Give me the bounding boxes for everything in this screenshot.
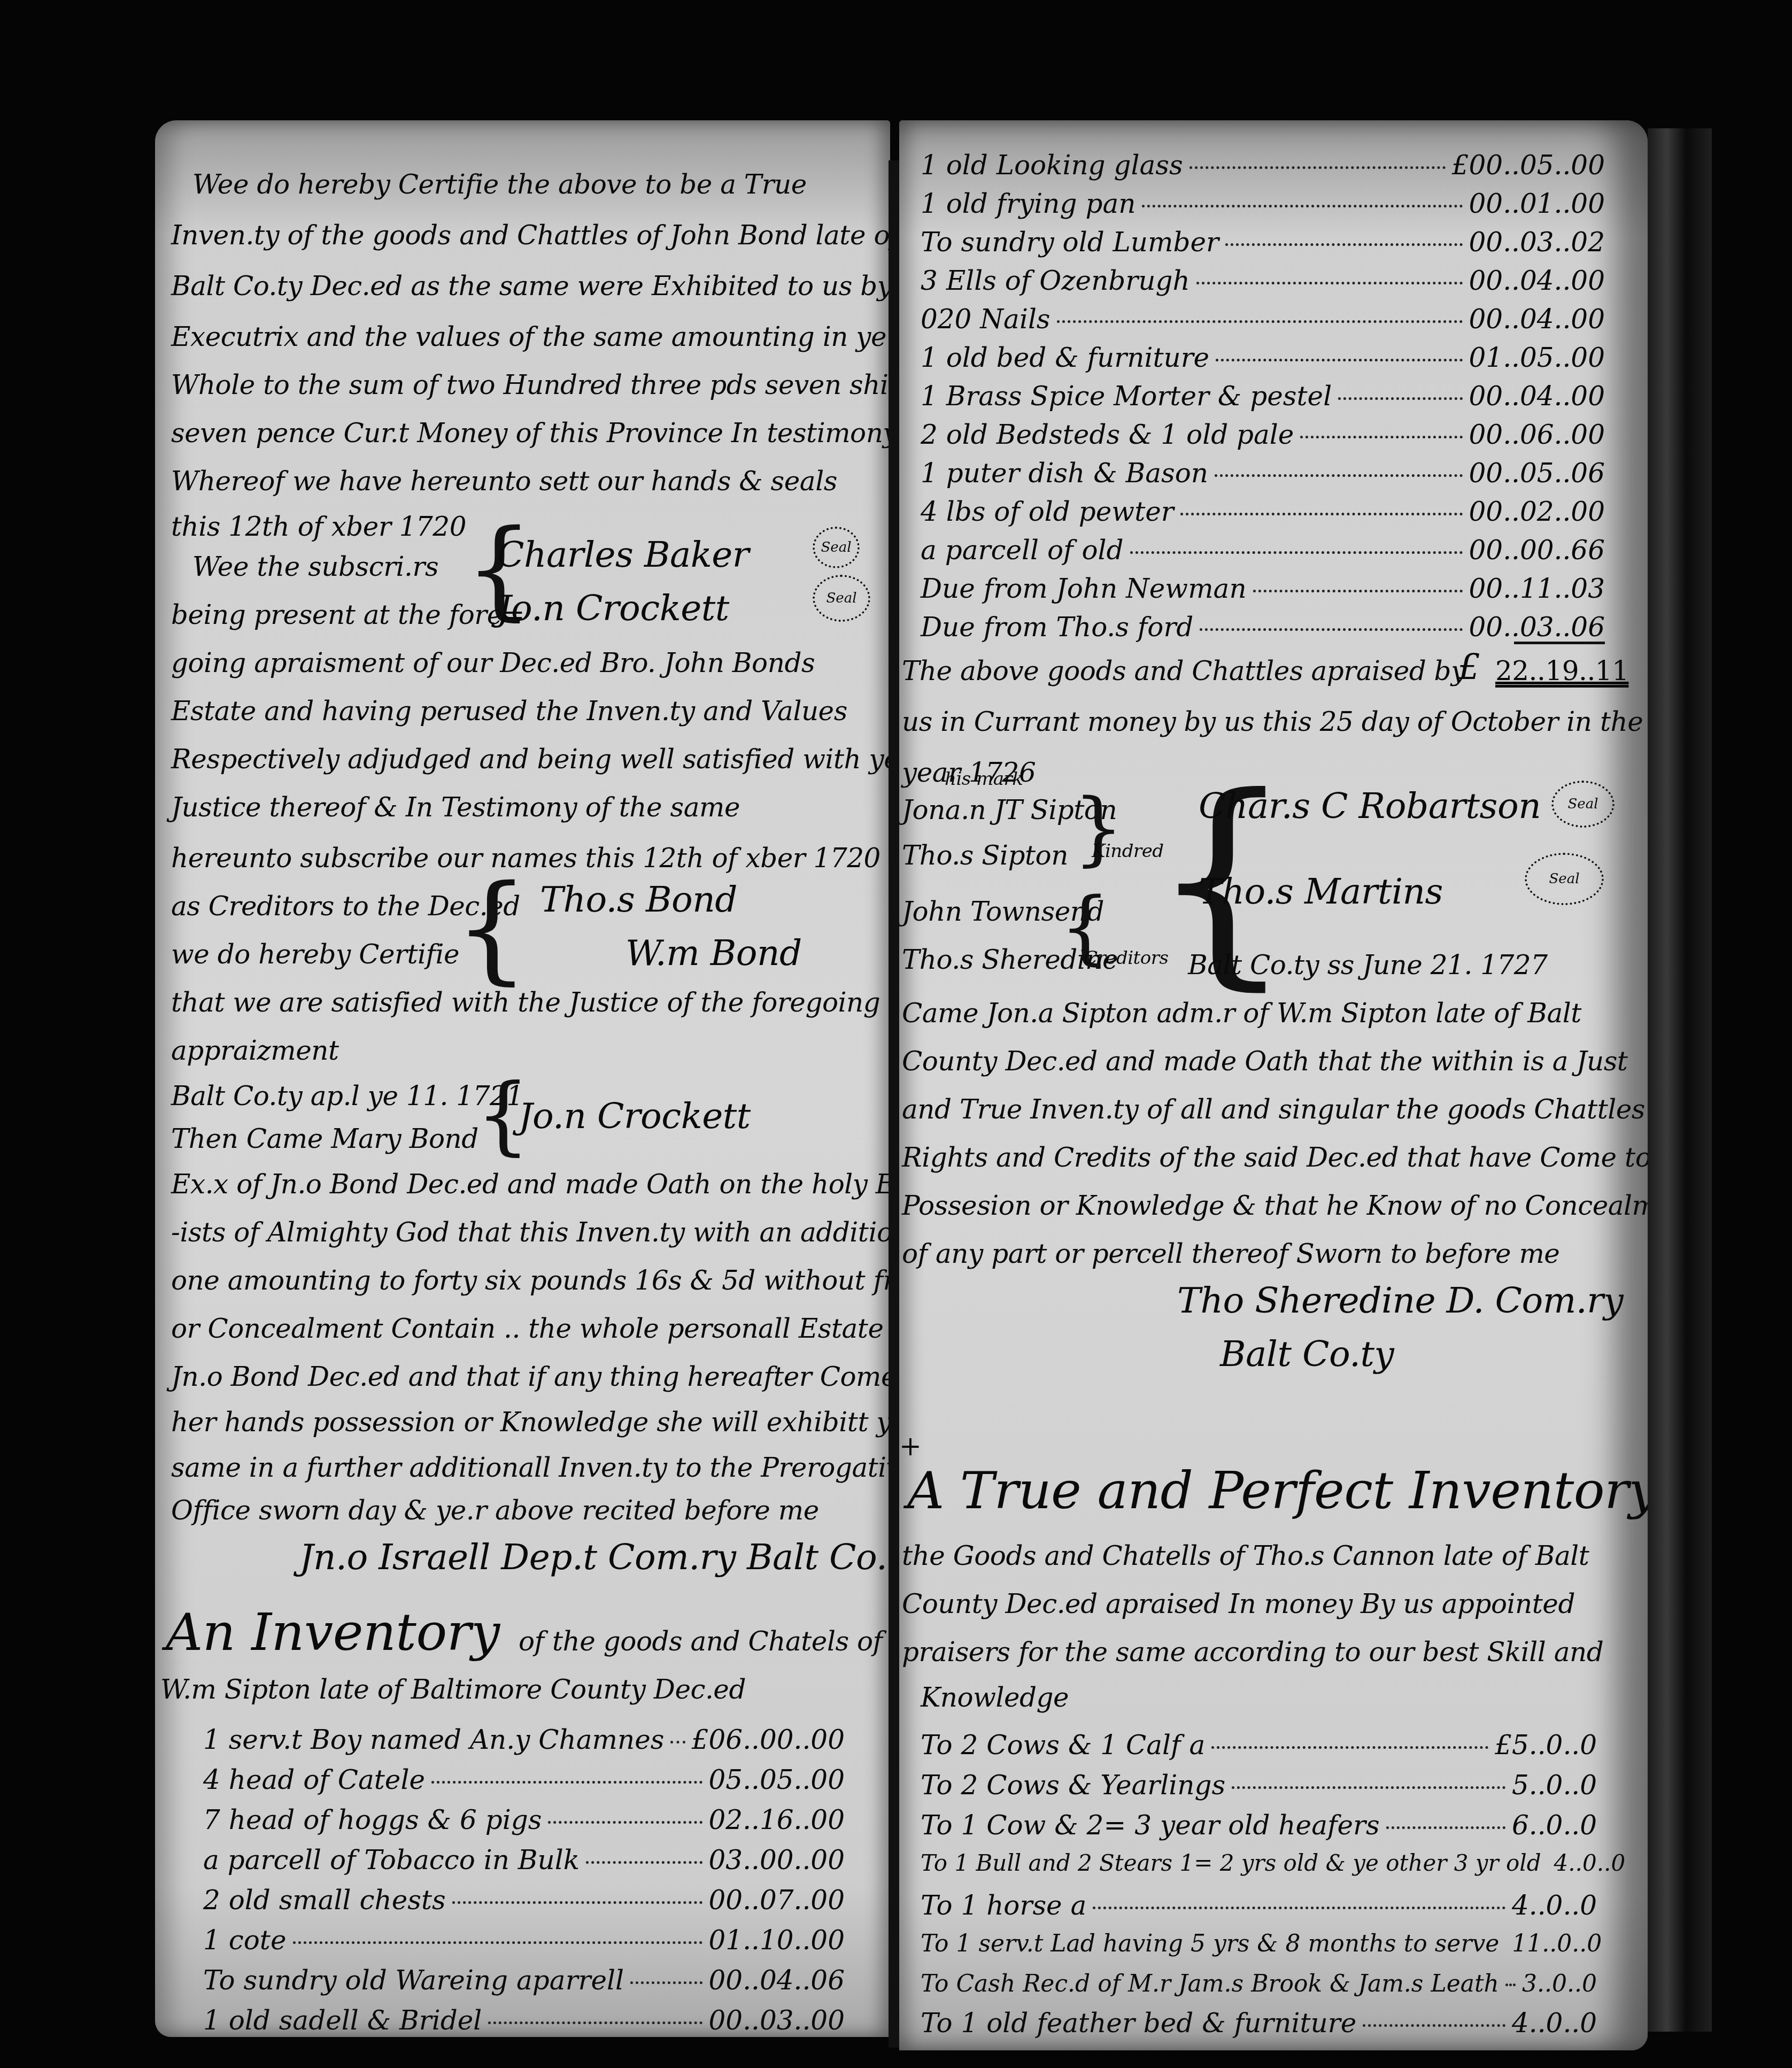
- list-item: To Cash Rec.d of M.r Jam.s Brook & Jam.s…: [921, 1970, 1597, 1997]
- inventory-title: A True and Perfect Inventory of: [907, 1465, 1648, 1516]
- list-item: To 1 Bull and 2 Stears 1= 2 yrs old & ye…: [921, 1850, 1597, 1876]
- creditors-line: Justice thereof & In Testimony of the sa…: [171, 794, 740, 821]
- oath-line: and True Inven.ty of all and singular th…: [902, 1096, 1645, 1123]
- list-item: To sundry old Wareing aparrell00..04..06: [203, 1965, 845, 1996]
- list-item: To 1 old feather bed & furniture4..0..0: [921, 2008, 1597, 2039]
- list-item: 1 puter dish & Bason00..05..06: [921, 458, 1605, 489]
- list-item: 3 Ells of Ozenbrugh00..04..00: [921, 265, 1605, 296]
- creditor-signature: Tho.s Bond: [540, 882, 737, 917]
- certificate-line: seven pence Cur.t Money of this Province…: [171, 420, 890, 446]
- list-item: 7 head of hoggs & 6 pigs02..16..00: [203, 1804, 845, 1835]
- book-gutter: [889, 160, 899, 2048]
- margin-mark: +: [899, 1433, 921, 1460]
- right-page: 1 old Looking glass£00..05..00 1 old fry…: [899, 120, 1648, 2050]
- creditors-line: appraizment: [171, 1037, 339, 1064]
- appraiser-signature: Charles Baker: [497, 537, 749, 573]
- list-item: 1 old bed & furniture01..05..00: [921, 342, 1605, 373]
- list-item: To 2 Cows & 1 Calf a£5..0..0: [921, 1730, 1597, 1761]
- appraiser-signature: Tho.s Martins: [1199, 874, 1443, 909]
- oath-line: Jn.o Bond Dec.ed and that if any thing h…: [171, 1363, 890, 1390]
- list-item: 4 head of Catele05..05..00: [203, 1764, 845, 1795]
- creditors-line: Wee the subscri.rs: [192, 553, 438, 580]
- list-item: To 1 Cow & 2= 3 year old heafers6..0..0: [921, 1810, 1597, 1841]
- oath-line: County Dec.ed and made Oath that the wit…: [902, 1048, 1627, 1075]
- oath-line: Possesion or Knowledge & that he Know of…: [902, 1192, 1648, 1219]
- inventory-items-list: 1 old Looking glass£00..05..00 1 old fry…: [921, 150, 1605, 658]
- list-item: 1 serv.t Boy named An.y Chamnes£06..00..…: [203, 1724, 845, 1755]
- seal-icon: Seal: [1551, 781, 1615, 828]
- list-item: 1 cote01..10..00: [203, 1925, 845, 1956]
- list-item: 1 old sadell & Bridel00..03..00: [203, 2005, 845, 2036]
- inventory-intro-line: praisers for the same according to our b…: [902, 1639, 1603, 1665]
- deputy-commissary-signature: Tho Sheredine D. Com.ry: [1177, 1283, 1623, 1318]
- list-item: a parcell of old00..00..66: [921, 535, 1605, 566]
- kindred-signature: Tho.s Sipton: [902, 842, 1068, 869]
- inventory-subtitle: W.m Sipton late of Baltimore County Dec.…: [160, 1676, 746, 1703]
- list-item: 4 lbs of old pewter00..02..00: [921, 496, 1605, 527]
- creditors-line: being present at the fore=: [171, 601, 524, 628]
- list-item: To 1 horse a4..0..0: [921, 1890, 1597, 1921]
- oath-line: of any part or percell thereof Sworn to …: [902, 1240, 1559, 1267]
- inventory-intro-line: Knowledge: [921, 1684, 1069, 1711]
- creditors-line: going apraisment of our Dec.ed Bro. John…: [171, 650, 815, 676]
- list-item: 1 old Looking glass£00..05..00: [921, 150, 1605, 181]
- deputy-commissary-county: Balt Co.ty: [1220, 1337, 1394, 1372]
- oath-line: Came Jon.a Sipton adm.r of W.m Sipton la…: [902, 1000, 1581, 1027]
- certificate-date: this 12th of xber 1720: [171, 513, 466, 540]
- certificate-line: Whole to the sum of two Hundred three pd…: [171, 372, 890, 398]
- inventory-subtitle: of the goods and Chatels of: [519, 1628, 883, 1655]
- certificate-line: Inven.ty of the goods and Chattles of Jo…: [171, 222, 890, 249]
- oath-line: -ists of Almighty God that this Inven.ty…: [171, 1219, 890, 1246]
- list-item: 020 Nails00..04..00: [921, 304, 1605, 335]
- certificate-line: Wee do hereby Certifie the above to be a…: [192, 171, 807, 198]
- appraiser-signature: Jo.n Crockett: [497, 591, 729, 626]
- seal-icon: Seal: [813, 527, 860, 568]
- oath-line: Then Came Mary Bond: [171, 1125, 478, 1152]
- oath-line: Balt Co.ty ap.l ye 11. 1721: [171, 1083, 523, 1109]
- oath-line: same in a further additionall Inven.ty t…: [171, 1454, 890, 1481]
- list-item: a parcell of Tobacco in Bulk03..00..00: [203, 1845, 845, 1876]
- oath-line: or Concealment Contain .. the whole pers…: [171, 1315, 890, 1342]
- his-mark-note: his mark: [945, 770, 1023, 788]
- oath-line: her hands possession or Knowledge she wi…: [171, 1409, 890, 1436]
- appraiser-signature: Char.s C Robartson: [1199, 789, 1541, 824]
- inventory-items-list: To 2 Cows & 1 Calf a£5..0..0 To 2 Cows &…: [921, 1730, 1597, 2040]
- list-item: To 2 Cows & Yearlings5..0..0: [921, 1770, 1597, 1801]
- certificate-line: Whereof we have hereunto sett our hands …: [171, 468, 837, 495]
- list-item: 2 old small chests00..07..00: [203, 1885, 845, 1916]
- list-item: 2 old Bedsteds & 1 old pale00..06..00: [921, 419, 1605, 450]
- inventory-title: An Inventory: [166, 1607, 500, 1658]
- creditors-brace: {: [454, 869, 529, 986]
- creditors-line: Respectively adjudged and being well sat…: [171, 746, 890, 773]
- book-edge: [1648, 128, 1712, 2032]
- appraisal-line: us in Currant money by us this 25 day of…: [902, 708, 1643, 735]
- seal-icon: Seal: [813, 575, 870, 622]
- total-value: 22..19..11: [1495, 658, 1628, 684]
- creditor-signature: W.m Bond: [625, 936, 802, 971]
- creditors-line: we do hereby Certifie: [171, 941, 459, 968]
- list-item: Due from John Newman00..11..03: [921, 573, 1605, 604]
- list-item: To sundry old Lumber00..03..02: [921, 227, 1605, 258]
- total-currency: £: [1458, 650, 1480, 685]
- subtotal-rule: [1514, 642, 1605, 644]
- oath-line: Rights and Credits of the said Dec.ed th…: [902, 1144, 1648, 1171]
- certificate-line: Executrix and the values of the same amo…: [171, 323, 886, 350]
- deputy-commissary-signature: Jn.o Israell Dep.t Com.ry Balt Co.ty: [299, 1540, 890, 1575]
- list-item: To 1 serv.t Lad having 5 yrs & 8 months …: [921, 1930, 1597, 1957]
- oath-line: Ex.x of Jn.o Bond Dec.ed and made Oath o…: [171, 1171, 890, 1198]
- inventory-intro-line: County Dec.ed apraised In money By us ap…: [902, 1591, 1575, 1617]
- list-item: 1 old frying pan00..01..00: [921, 188, 1605, 219]
- oath-witness-signature: Jo.n Crockett: [519, 1099, 751, 1134]
- list-item: 1 Brass Spice Morter & pestel00..04..00: [921, 381, 1605, 412]
- inventory-items-list: 1 serv.t Boy named An.y Chamnes£06..00..…: [203, 1724, 845, 2024]
- certificate-line: Balt Co.ty Dec.ed as the same were Exhib…: [171, 273, 890, 299]
- seal-icon: Seal: [1525, 853, 1604, 905]
- oath-line: Balt Co.ty ss June 21. 1727: [1188, 952, 1547, 978]
- inventory-intro-line: the Goods and Chatells of Tho.s Cannon l…: [902, 1542, 1589, 1569]
- list-item: Due from Tho.s ford00..03..06: [921, 612, 1605, 643]
- left-page: Wee do hereby Certifie the above to be a…: [155, 120, 890, 2037]
- oath-line: Office sworn day & ye.r above recited be…: [171, 1497, 819, 1524]
- creditors-line: Estate and having perused the Inven.ty a…: [171, 698, 847, 724]
- total-line-label: The above goods and Chattles apraised by: [902, 658, 1466, 684]
- oath-line: one amounting to forty six pounds 16s & …: [171, 1267, 890, 1294]
